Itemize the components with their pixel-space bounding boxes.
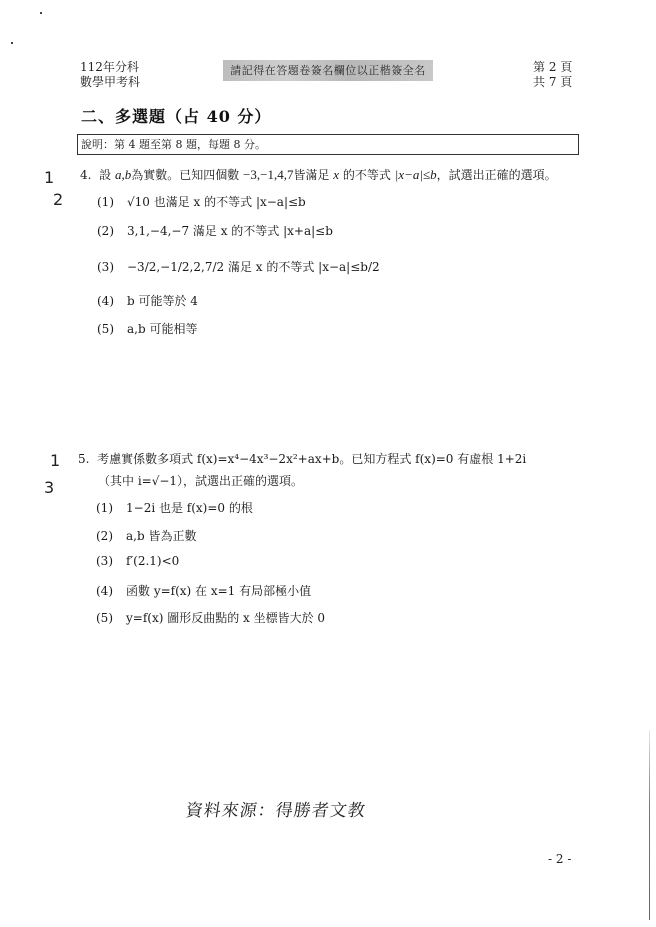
section-title: 二、多選題（占 40 分） bbox=[81, 104, 271, 127]
question-4-stem: 4. 設 a,b為實數。已知四個數 −3,−1,4,7皆滿足 x 的不等式 |x… bbox=[80, 166, 557, 183]
q4-option-3: (3)−3/2,−1/2,2,7/2 滿足 x 的不等式 |x−a|≤b/2 bbox=[97, 258, 380, 275]
page-indicator: 第 2 頁 共 7 頁 bbox=[533, 60, 572, 90]
section-note-box: 說明：第 4 題至第 8 題，每題 8 分。 bbox=[77, 134, 579, 155]
q5-option-5: (5)y=f(x) 圖形反曲點的 x 坐標皆大於 0 bbox=[96, 609, 325, 626]
scan-edge-line bbox=[649, 730, 650, 920]
q5-option-1: (1)1−2i 也是 f(x)=0 的根 bbox=[96, 499, 253, 516]
page-total: 共 7 頁 bbox=[533, 75, 572, 90]
signature-reminder-banner: 請記得在答題卷簽名欄位以正楷簽全名 bbox=[223, 60, 433, 81]
q5-option-4: (4)函數 y=f(x) 在 x=1 有局部極小值 bbox=[96, 582, 311, 599]
question-number: 4. bbox=[80, 168, 91, 182]
q4-option-4: (4)b 可能等於 4 bbox=[97, 292, 198, 309]
q5-option-3: (3)f′(2.1)<0 bbox=[96, 554, 179, 568]
scan-speck bbox=[40, 12, 42, 14]
q4-option-1: (1)√10 也滿足 x 的不等式 |x−a|≤b bbox=[97, 193, 306, 210]
exam-header-left: 112年分科 數學甲考科 bbox=[80, 60, 140, 90]
handwritten-source-note: 資料來源：得勝者文教 bbox=[184, 796, 368, 821]
handwritten-mark: 1 bbox=[44, 168, 54, 187]
scan-speck bbox=[11, 42, 13, 44]
handwritten-mark: 2 bbox=[53, 190, 63, 209]
handwritten-mark: 3 bbox=[44, 478, 54, 497]
question-5-stem: 5. 考慮實係數多項式 f(x)=x⁴−4x³−2x²+ax+b。已知方程式 f… bbox=[78, 450, 526, 467]
q4-option-5: (5)a,b 可能相等 bbox=[97, 320, 197, 337]
q4-option-2: (2)3,1,−4,−7 滿足 x 的不等式 |x+a|≤b bbox=[97, 222, 333, 239]
exam-subject: 數學甲考科 bbox=[80, 75, 140, 90]
question-number: 5. bbox=[78, 452, 89, 466]
q5-option-2: (2)a,b 皆為正數 bbox=[96, 527, 196, 544]
page-number: - 2 - bbox=[548, 852, 571, 866]
handwritten-mark: 1 bbox=[50, 451, 60, 470]
question-5-stem-line2: （其中 i=√−1），試選出正確的選項。 bbox=[98, 472, 303, 489]
exam-year: 112年分科 bbox=[80, 60, 140, 75]
page-current: 第 2 頁 bbox=[533, 60, 572, 75]
